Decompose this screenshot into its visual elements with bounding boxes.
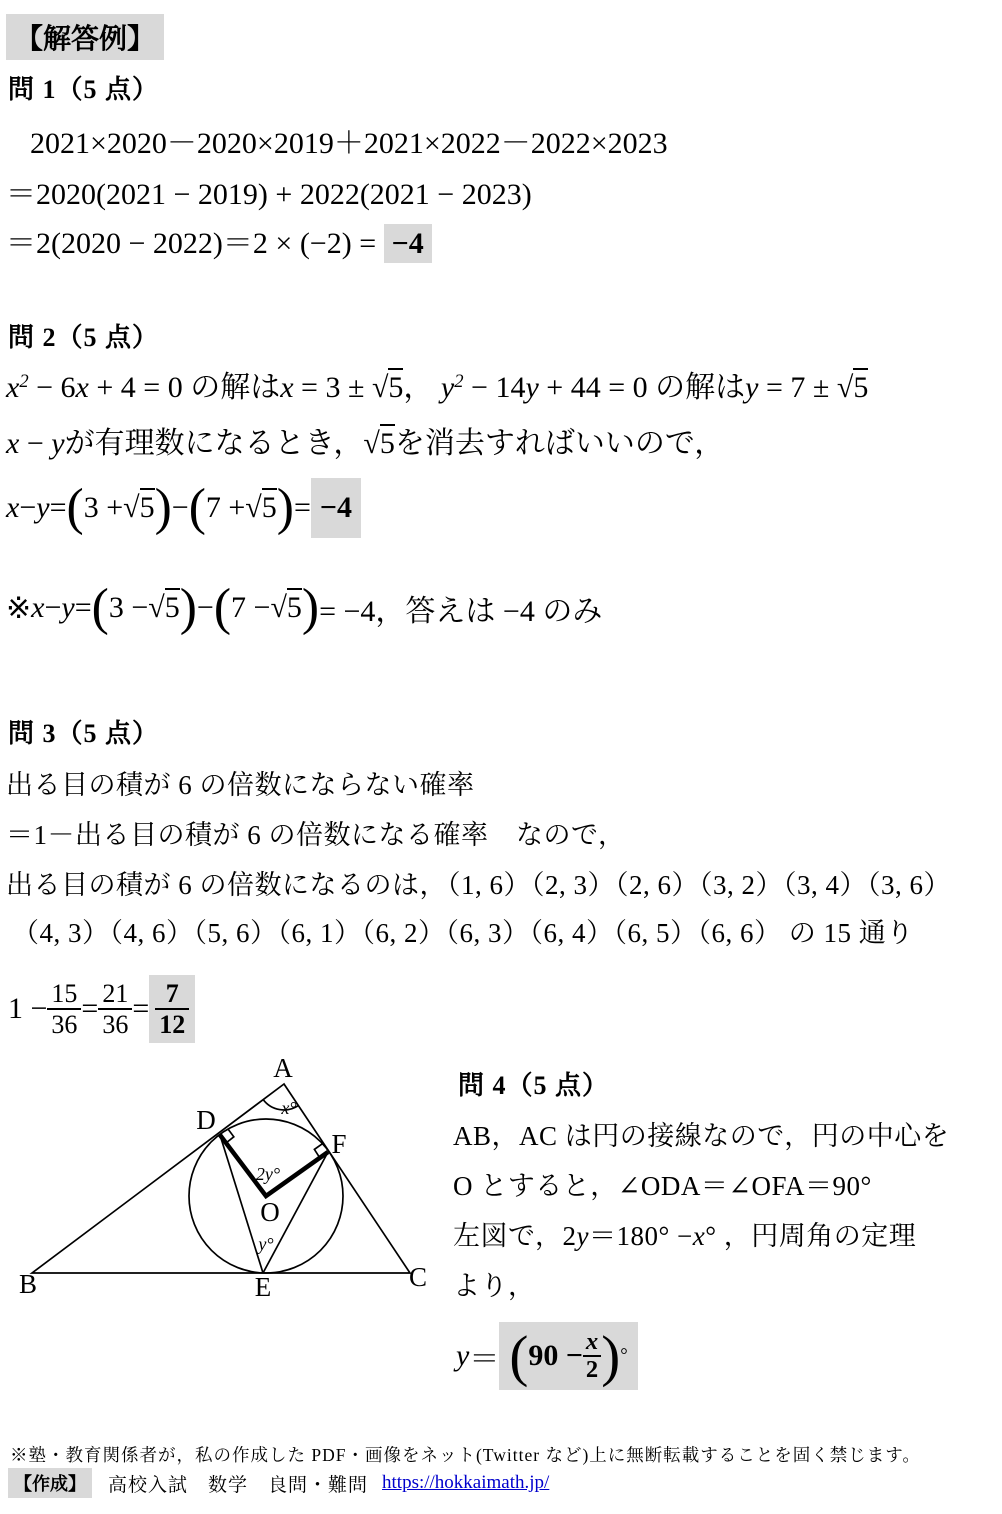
q1-title: 問 1（5 点） xyxy=(8,69,159,106)
big-paren: ( xyxy=(509,1328,528,1385)
sqrt-5: √5 xyxy=(363,424,394,460)
q4-answer-formula: (90 − x2)° xyxy=(499,1322,637,1390)
q1-line3-expression: ＝2(2020 − 2022)＝2 × (−2) = xyxy=(6,227,384,260)
chord-DE xyxy=(220,1135,263,1273)
q1-answer: −4 xyxy=(384,224,432,263)
sqrt-5: √5 xyxy=(270,591,301,625)
label-B: B xyxy=(19,1269,37,1299)
big-paren: ( xyxy=(67,482,84,534)
page: 【解答例】 問 1（5 点） 2021×2020－2020×2019＋2021×… xyxy=(0,0,1002,1514)
angle-x-label: x° xyxy=(280,1098,296,1118)
q3-answer-fraction: 712 xyxy=(149,975,195,1043)
big-paren: ) xyxy=(180,582,197,634)
fraction-15-36: 1536 xyxy=(47,979,81,1039)
q2-line2: x − yが有理数になるとき，√5を消去すればいいので， xyxy=(6,418,724,462)
big-paren: ( xyxy=(92,582,109,634)
label-F: F xyxy=(331,1129,346,1159)
credit-text: 高校入試 数学 良問・難問 xyxy=(108,1470,368,1497)
q2-line1: x2 − 6x + 4 = 0 の解はx = 3 ± √5， y2 − 14y … xyxy=(6,362,868,406)
header-kaitourei: 【解答例】 xyxy=(6,14,164,60)
label-C: C xyxy=(409,1262,427,1292)
big-paren: ) xyxy=(277,482,294,534)
q2-answer: −4 xyxy=(311,478,361,538)
label-O: O xyxy=(260,1197,280,1227)
q4-title: 問 4（5 点） xyxy=(458,1065,609,1102)
q4-line3: 左図で，2y＝180° −x° ，円周角の定理 xyxy=(453,1214,916,1253)
sqrt-5: √5 xyxy=(148,591,179,625)
big-paren: ) xyxy=(601,1328,620,1385)
site-link[interactable]: https://hokkaimath.jp/ xyxy=(382,1472,549,1494)
q3-line4: （4, 3）（4, 6）（5, 6）（6, 1）（6, 2）（6, 3）（6, … xyxy=(12,911,914,950)
credit-label: 【作成】 xyxy=(8,1468,92,1498)
sqrt-5: √5 xyxy=(245,491,276,525)
q3-calc-line: 1 − 1536 = 2136 = 712 xyxy=(8,976,195,1042)
angle-2y-label: 2y° xyxy=(256,1164,280,1184)
q1-line3: ＝2(2020 − 2022)＝2 × (−2) = −4 xyxy=(6,218,432,262)
q4-line1: AB，AC は円の接線なので，円の中心を xyxy=(453,1114,949,1153)
q2-line3: x − y = (3 + √5) − (7 + √5) = −4 xyxy=(6,478,361,538)
geometry-figure: A B C D E F O x° 2y° y° xyxy=(0,1053,470,1305)
q2-title: 問 2（5 点） xyxy=(8,317,159,354)
big-paren: ) xyxy=(155,482,172,534)
q1-line1: 2021×2020－2020×2019＋2021×2022－2022×2023 xyxy=(30,118,668,162)
q3-title: 問 3（5 点） xyxy=(8,713,159,750)
big-paren: ( xyxy=(189,482,206,534)
sqrt-5: √5 xyxy=(837,368,868,404)
footer-credit: 【作成】 高校入試 数学 良問・難問 https://hokkaimath.jp… xyxy=(8,1468,549,1498)
q4-formula-line: y＝(90 − x2)° xyxy=(456,1322,638,1390)
q3-line1: 出る目の積が 6 の倍数にならない確率 xyxy=(6,763,475,802)
q4-line2: O とすると，∠ODA＝∠OFA＝90° xyxy=(453,1164,872,1203)
label-E: E xyxy=(255,1272,272,1302)
label-A: A xyxy=(273,1053,293,1083)
big-paren: ) xyxy=(302,582,319,634)
q3-line2: ＝1－出る目の積が 6 の倍数になる確率 なので， xyxy=(6,813,625,852)
sqrt-5: √5 xyxy=(123,491,154,525)
label-D: D xyxy=(196,1105,216,1135)
q2-note-line: ※x − y = (3 − √5) − (7 − √5) = −4，答えは −4… xyxy=(6,578,602,638)
footer-notice: ※塾・教育関係者が，私の作成した PDF・画像をネット(Twitter など)上… xyxy=(10,1442,921,1467)
q1-line2: ＝2020(2021 − 2019) + 2022(2021 − 2023) xyxy=(6,169,532,213)
angle-y-label: y° xyxy=(256,1234,273,1254)
big-paren: ( xyxy=(214,582,231,634)
triangle-outline xyxy=(32,1084,410,1273)
fraction-x-2: x2 xyxy=(583,1329,601,1383)
fraction-21-36: 2136 xyxy=(98,979,132,1039)
degree-symbol: ° xyxy=(620,1345,627,1367)
q3-line3: 出る目の積が 6 の倍数になるのは，（1, 6）（2, 3）（2, 6）（3, … xyxy=(6,863,951,902)
q4-line4: より， xyxy=(453,1264,536,1303)
sqrt-5: √5 xyxy=(372,368,403,404)
